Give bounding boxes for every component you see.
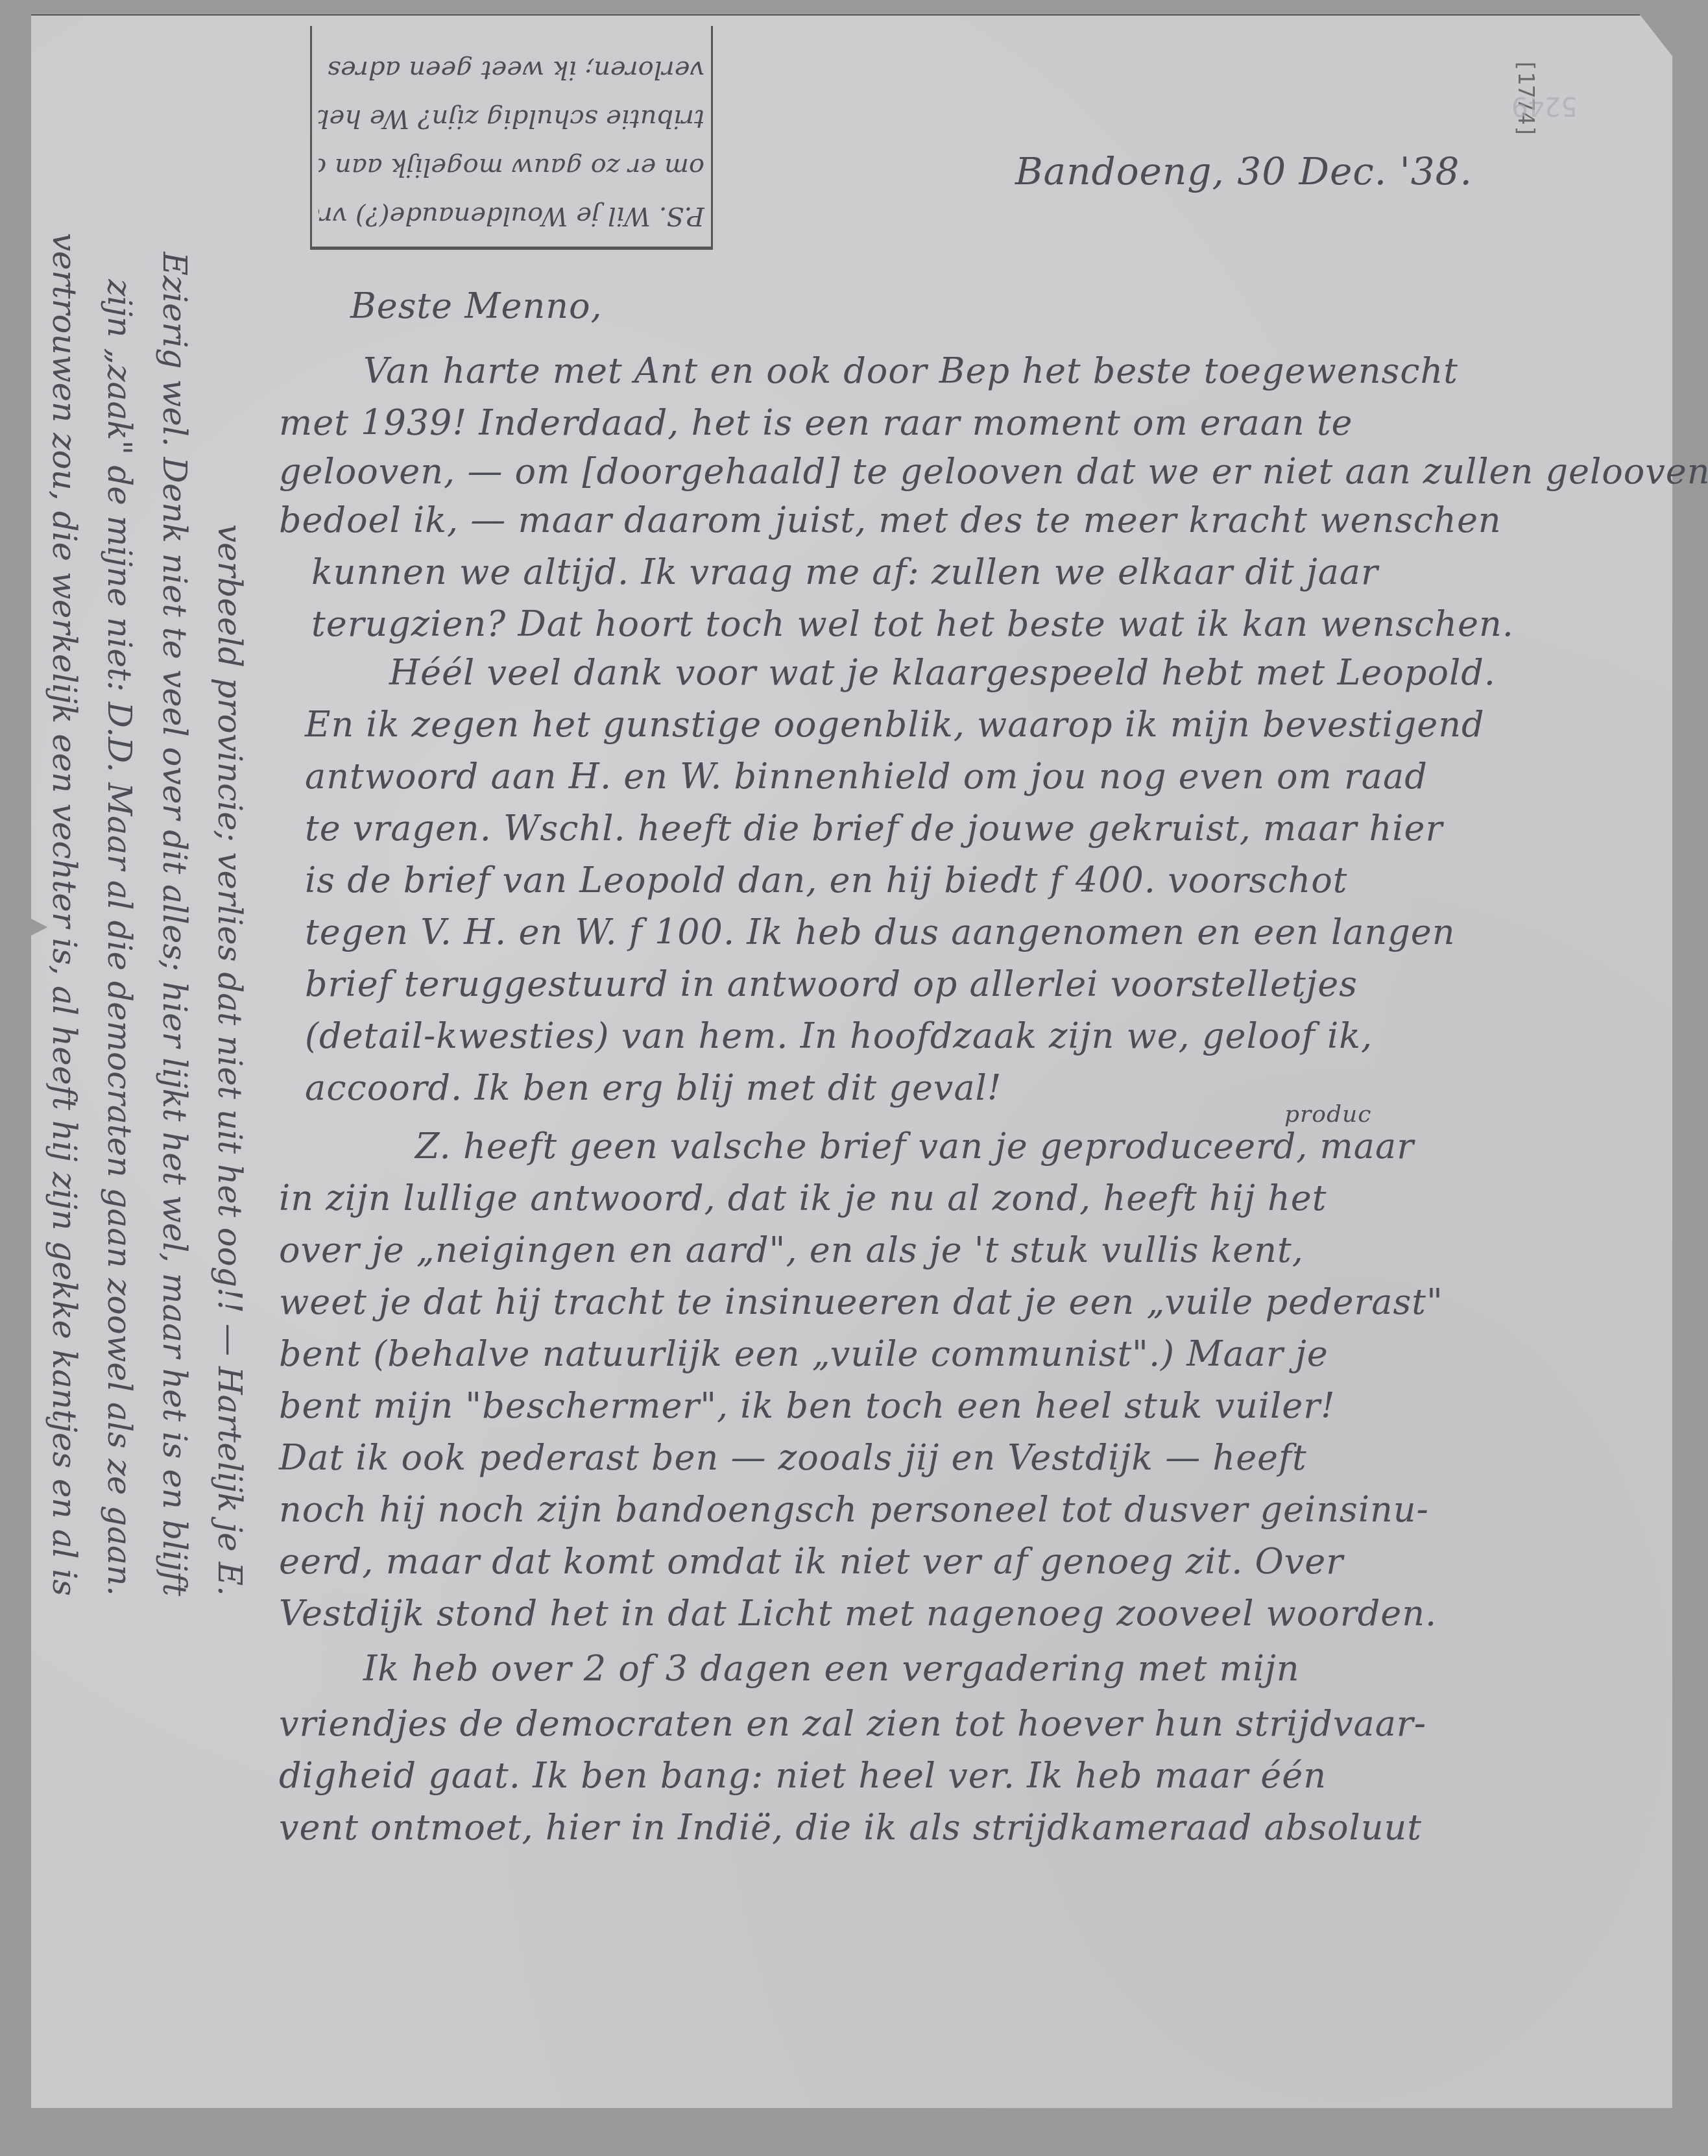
body-line: tegen V. H. en W. f 100. Ik heb dus aang…	[305, 915, 1456, 950]
margin-line: vertrouwen zou, die werkelijk een vechte…	[45, 233, 83, 1596]
body-line: is de brief van Leopold dan, en hij bied…	[305, 863, 1347, 898]
faded-stamp: 5249	[1511, 91, 1578, 121]
place-date: Bandoeng, 30 Dec. '38.	[1015, 152, 1473, 190]
body-line: accoord. Ik ben erg blij met dit geval!	[305, 1071, 1002, 1106]
body-line: Vestdijk stond het in dat Licht met nage…	[279, 1596, 1437, 1631]
body-line: gelooven, — om [doorgehaald] te gelooven…	[279, 454, 1708, 489]
margin-line: Ezierig wel. Denk niet te veel over dit …	[156, 252, 193, 1596]
body-line: eerd, maar dat komt omdat ik niet ver af…	[279, 1544, 1343, 1579]
postscript-line: tributie schuldig zijn? We hebben alle	[319, 104, 704, 134]
body-line: bent (behalve natuurlijk een „vuile comm…	[279, 1337, 1329, 1372]
body-line: Z. heeft geen valsche brief van je gepro…	[415, 1129, 1414, 1164]
margin-line: verbeeld provincie; verlies dat niet uit…	[211, 524, 248, 1596]
salutation: Beste Menno,	[350, 289, 603, 324]
body-line: noch hij noch zijn bandoengsch personeel…	[279, 1492, 1429, 1527]
body-line: Dat ik ook pederast ben — zooals jij en …	[279, 1440, 1307, 1475]
body-line: Héél veel dank voor wat je klaargespeeld…	[389, 655, 1496, 690]
body-line: bent mijn "beschermer", ik ben toch een …	[279, 1388, 1336, 1423]
body-line: te vragen. Wschl. heeft die brief de jou…	[305, 811, 1443, 846]
body-line: terugzien? Dat hoort toch wel tot het be…	[311, 607, 1514, 642]
body-line: vriendjes de democraten en zal zien tot …	[279, 1706, 1426, 1741]
left-margin-text: vertrouwen zou, die werkelijk een vechte…	[39, 143, 272, 1596]
postscript-line: om er zo gauw mogelijk aan con-	[319, 152, 704, 182]
postscript-line: verloren; ik weet geen adres of wat ook.	[319, 55, 704, 85]
body-line: Ik heb over 2 of 3 dagen een vergadering…	[363, 1651, 1300, 1686]
insertion-produc: produc	[1284, 1103, 1371, 1126]
body-line: bedoel ik, — maar daarom juist, met des …	[279, 503, 1502, 538]
body-line: antwoord aan H. en W. binnenhield om jou…	[305, 759, 1428, 794]
body-line: brief teruggestuurd in antwoord op aller…	[305, 967, 1358, 1002]
body-line: digheid gaat. Ik ben bang: niet heel ver…	[279, 1758, 1327, 1793]
body-line: over je „neigingen en aard", en als je '…	[279, 1233, 1304, 1268]
body-line: vent ontmoet, hier in Indië, die ik als …	[279, 1810, 1422, 1845]
body-line: met 1939! Inderdaad, het is een raar mom…	[279, 406, 1353, 441]
postscript-box: P.S. Wil je Wouldenaude(?) vragen om er …	[310, 26, 713, 250]
body-line: kunnen we altijd. Ik vraag me af: zullen…	[311, 555, 1378, 590]
body-line: En ik zegen het gunstige oogenblik, waar…	[305, 707, 1485, 742]
body-line: in zijn lullige antwoord, dat ik je nu a…	[279, 1181, 1327, 1216]
body-line: Van harte met Ant en ook door Bep het be…	[363, 354, 1458, 389]
postscript-line: P.S. Wil je Wouldenaude(?) vragen	[319, 201, 704, 231]
body-line: (detail-kwesties) van hem. In hoofdzaak …	[305, 1019, 1373, 1054]
body-line: weet je dat hij tracht te insinueeren da…	[279, 1285, 1443, 1320]
margin-line: zijn „zaak" de mijne niet: D.D. Maar al …	[101, 279, 138, 1596]
